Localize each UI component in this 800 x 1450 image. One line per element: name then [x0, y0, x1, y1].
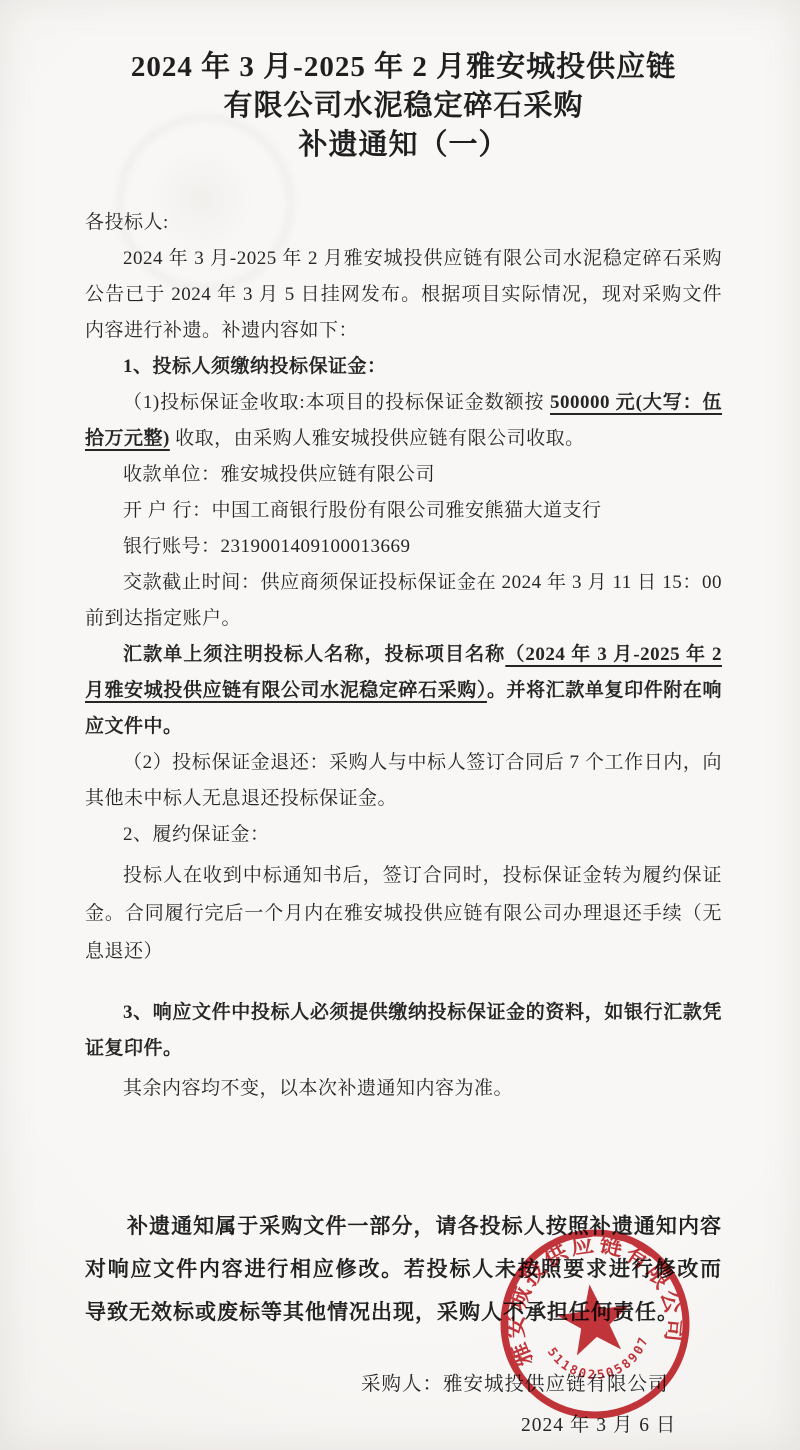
salutation: 各投标人: — [85, 205, 722, 241]
remittance-pre: 汇款单上须注明投标人名称，投标项目名称 — [123, 644, 505, 665]
closing-line: 其余内容均不变，以本次补遗通知内容为准。 — [85, 1071, 722, 1107]
remittance-note-paragraph: 汇款单上须注明投标人名称，投标项目名称（2024 年 3 月-2025 年 2 … — [85, 637, 722, 745]
account-number-line: 银行账号：2319001409100013669 — [85, 529, 722, 565]
deposit-collection-post: 收取，由采购人雅安城投供应链有限公司收取。 — [170, 428, 585, 449]
company-seal-svg: 雅安城投供应链有限公司 5118025058907 — [484, 1213, 705, 1434]
title-line-2: 有限公司水泥稳定碎石采购 — [85, 87, 722, 126]
star-icon — [554, 1279, 635, 1357]
deposit-collection-paragraph: （1)投标保证金收取:本项目的投标保证金数额按 500000 元(大写：伍拾万元… — [85, 385, 722, 457]
intro-paragraph: 2024 年 3 月-2025 年 2 月雅安城投供应链有限公司水泥稳定碎石采购… — [85, 241, 722, 349]
deposit-collection-pre: （1)投标保证金收取:本项目的投标保证金数额按 — [123, 392, 550, 413]
section2-heading: 2、履约保证金： — [85, 817, 722, 853]
payee-line: 收款单位：雅安城投供应链有限公司 — [85, 457, 722, 493]
deadline-paragraph: 交款截止时间：供应商须保证投标保证金在 2024 年 3 月 11 日 15：0… — [85, 565, 722, 637]
section2-body: 投标人在收到中标通知书后，签订合同时，投标保证金转为履约保证金。合同履行完后一个… — [85, 857, 722, 971]
title-line-1: 2024 年 3 月-2025 年 2 月雅安城投供应链 — [85, 48, 722, 87]
deposit-refund-paragraph: （2）投标保证金退还：采购人与中标人签订合同后 7 个工作日内，向其他未中标人无… — [85, 745, 722, 817]
section3-body: 3、响应文件中投标人必须提供缴纳投标保证金的资料，如银行汇款凭证复印件。 — [85, 995, 722, 1067]
document-title: 2024 年 3 月-2025 年 2 月雅安城投供应链 有限公司水泥稳定碎石采… — [85, 48, 722, 165]
title-line-3: 补遗通知（一） — [85, 126, 722, 165]
company-seal-stamp: 雅安城投供应链有限公司 5118025058907 — [484, 1213, 705, 1434]
bank-line: 开 户 行：中国工商银行股份有限公司雅安熊猫大道支行 — [85, 493, 722, 529]
document-page: 2024 年 3 月-2025 年 2 月雅安城投供应链 有限公司水泥稳定碎石采… — [0, 0, 800, 1450]
svg-text:5118025058907: 5118025058907 — [544, 1331, 657, 1388]
section1-heading: 1、投标人须缴纳投标保证金： — [85, 349, 722, 385]
seal-number: 5118025058907 — [544, 1331, 657, 1388]
